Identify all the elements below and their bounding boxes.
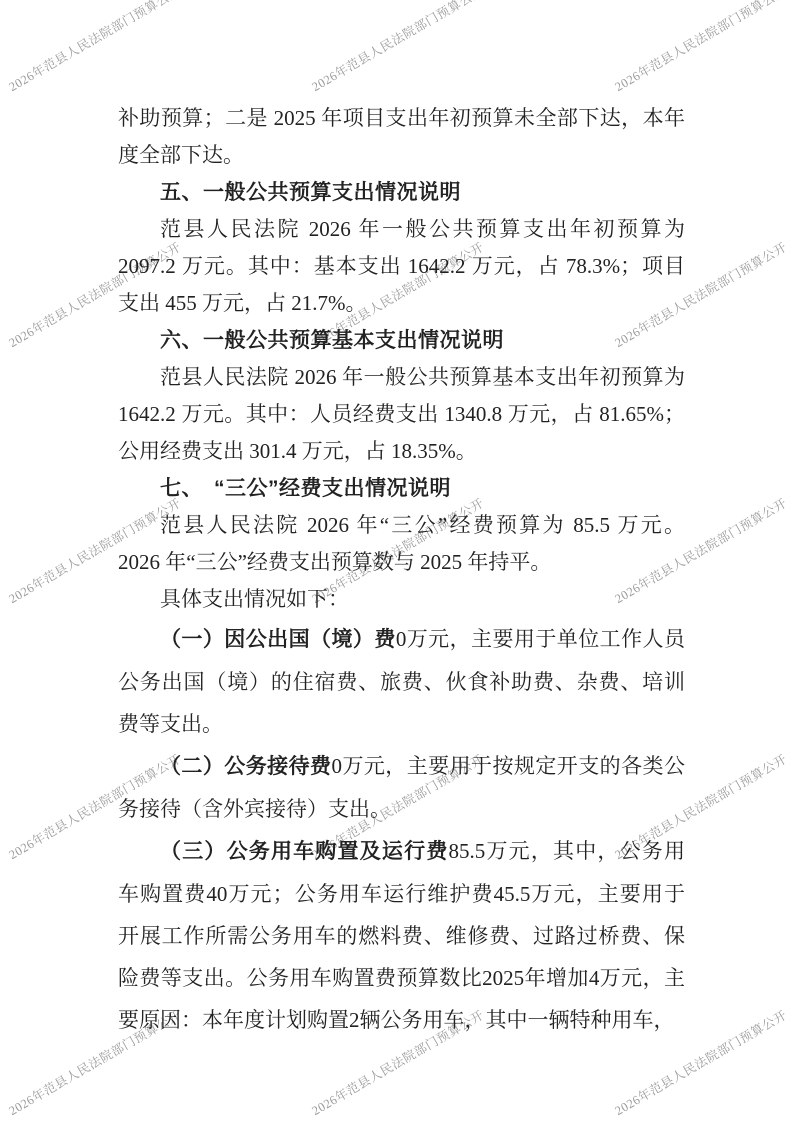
text-line: 度全部下达。 <box>118 137 685 174</box>
text-line: 范县人民法院 2026 年“三公”经费预算为 85.5 万元。 <box>118 507 685 544</box>
heading-section-5: 五、一般公共预算支出情况说明 <box>118 174 685 211</box>
text-run: 具体支出情况如下： <box>160 587 349 611</box>
text-run: 85.5万元，其中，公务用 <box>449 839 686 863</box>
document-page: { "page": { "background": "#ffffff", "te… <box>0 0 794 1123</box>
text-run: 补助预算；二是 2025 年项目支出年初预算未全部下达，本年 <box>118 106 685 130</box>
para-item-2-reception-fee: （二）公务接待费0万元，主要用于按规定开支的各类公务接待（含外宾接待）支出。 <box>118 745 685 830</box>
text-run: 公用经费支出 301.4 万元，占 18.35%。 <box>118 439 477 463</box>
text-line: 2026 年“三公”经费支出预算数与 2025 年持平。 <box>118 544 685 581</box>
text-line: （一）因公出国（境）费0万元，主要用于单位工作人员 <box>118 618 685 661</box>
para-section-7-lead: 具体支出情况如下： <box>118 581 685 618</box>
text-run: 范县人民法院 2026 年一般公共预算支出年初预算为 <box>160 217 685 241</box>
heading-section-6: 六、一般公共预算基本支出情况说明 <box>118 322 685 359</box>
text-line: 务接待（含外宾接待）支出。 <box>118 788 685 830</box>
text-run: 0万元，主要用于单位工作人员 <box>396 627 685 651</box>
text-line: 五、一般公共预算支出情况说明 <box>118 174 685 211</box>
text-run: 费等支出。 <box>118 712 223 736</box>
text-run: 务接待（含外宾接待）支出。 <box>118 797 391 821</box>
text-line: 范县人民法院 2026 年一般公共预算支出年初预算为 <box>118 211 685 248</box>
para-section-7-intro: 范县人民法院 2026 年“三公”经费预算为 85.5 万元。2026 年“三公… <box>118 507 685 581</box>
text-run: 度全部下达。 <box>118 143 244 167</box>
text-run: 支出 455 万元，占 21.7%。 <box>118 291 367 315</box>
text-run: 2026 年“三公”经费支出预算数与 2025 年持平。 <box>118 550 551 574</box>
para-item-3-vehicle-fee: （三）公务用车购置及运行费85.5万元，其中，公务用车购置费40万元；公务用车运… <box>118 830 685 1041</box>
para-section-6: 范县人民法院 2026 年一般公共预算基本支出年初预算为1642.2 万元。其中… <box>118 359 685 470</box>
bold-run: （二）公务接待费 <box>160 755 332 778</box>
document-body: 补助预算；二是 2025 年项目支出年初预算未全部下达，本年度全部下达。五、一般… <box>118 0 685 1041</box>
text-line: 七、 “三公”经费支出情况说明 <box>118 470 685 507</box>
text-line: 范县人民法院 2026 年一般公共预算基本支出年初预算为 <box>118 359 685 396</box>
text-line: 六、一般公共预算基本支出情况说明 <box>118 322 685 359</box>
text-line: 支出 455 万元，占 21.7%。 <box>118 285 685 322</box>
text-line: 具体支出情况如下： <box>118 581 685 618</box>
text-line: 要原因：本年度计划购置2辆公务用车，其中一辆特种用车， <box>118 999 685 1041</box>
text-run: 险费等支出。公务用车购置费预算数比2025年增加4万元，主 <box>118 966 685 990</box>
heading-section-7: 七、 “三公”经费支出情况说明 <box>118 470 685 507</box>
text-run: 1642.2 万元。其中：人员经费支出 1340.8 万元，占 81.65%； <box>118 402 685 426</box>
text-line: 公务出国（境）的住宿费、旅费、伙食补助费、杂费、培训 <box>118 661 685 703</box>
text-line: 2097.2 万元。其中：基本支出 1642.2 万元，占 78.3%；项目 <box>118 248 685 285</box>
para-item-1-abroad-fee: （一）因公出国（境）费0万元，主要用于单位工作人员公务出国（境）的住宿费、旅费、… <box>118 618 685 745</box>
text-line: 开展工作所需公务用车的燃料费、维修费、过路过桥费、保 <box>118 915 685 957</box>
bold-run: 七、 “三公”经费支出情况说明 <box>160 477 451 500</box>
bold-run: 六、一般公共预算基本支出情况说明 <box>160 329 504 352</box>
bold-run: 五、一般公共预算支出情况说明 <box>160 181 461 204</box>
text-line: （二）公务接待费0万元，主要用于按规定开支的各类公 <box>118 745 685 788</box>
text-line: 费等支出。 <box>118 703 685 745</box>
text-line: 险费等支出。公务用车购置费预算数比2025年增加4万元，主 <box>118 957 685 999</box>
bold-run: （三）公务用车购置及运行费 <box>160 840 449 863</box>
text-run: 0万元，主要用于按规定开支的各类公 <box>332 754 686 778</box>
text-run: 公务出国（境）的住宿费、旅费、伙食补助费、杂费、培训 <box>118 670 685 694</box>
text-line: 1642.2 万元。其中：人员经费支出 1340.8 万元，占 81.65%； <box>118 396 685 433</box>
text-run: 2097.2 万元。其中：基本支出 1642.2 万元，占 78.3%；项目 <box>118 254 685 278</box>
text-line: 补助预算；二是 2025 年项目支出年初预算未全部下达，本年 <box>118 100 685 137</box>
para-section-5: 范县人民法院 2026 年一般公共预算支出年初预算为2097.2 万元。其中：基… <box>118 211 685 322</box>
text-line: 公用经费支出 301.4 万元，占 18.35%。 <box>118 433 685 470</box>
text-run: 开展工作所需公务用车的燃料费、维修费、过路过桥费、保 <box>118 924 685 948</box>
text-run: 车购置费40万元；公务用车运行维护费45.5万元，主要用于 <box>118 882 685 906</box>
bold-run: （一）因公出国（境）费 <box>160 628 396 651</box>
text-run: 要原因：本年度计划购置2辆公务用车，其中一辆特种用车， <box>118 1008 675 1032</box>
text-run: 范县人民法院 2026 年“三公”经费预算为 85.5 万元。 <box>160 513 685 537</box>
text-run: 范县人民法院 2026 年一般公共预算基本支出年初预算为 <box>160 365 685 389</box>
text-line: 车购置费40万元；公务用车运行维护费45.5万元，主要用于 <box>118 873 685 915</box>
para-carryover: 补助预算；二是 2025 年项目支出年初预算未全部下达，本年度全部下达。 <box>118 100 685 174</box>
text-line: （三）公务用车购置及运行费85.5万元，其中，公务用 <box>118 830 685 873</box>
